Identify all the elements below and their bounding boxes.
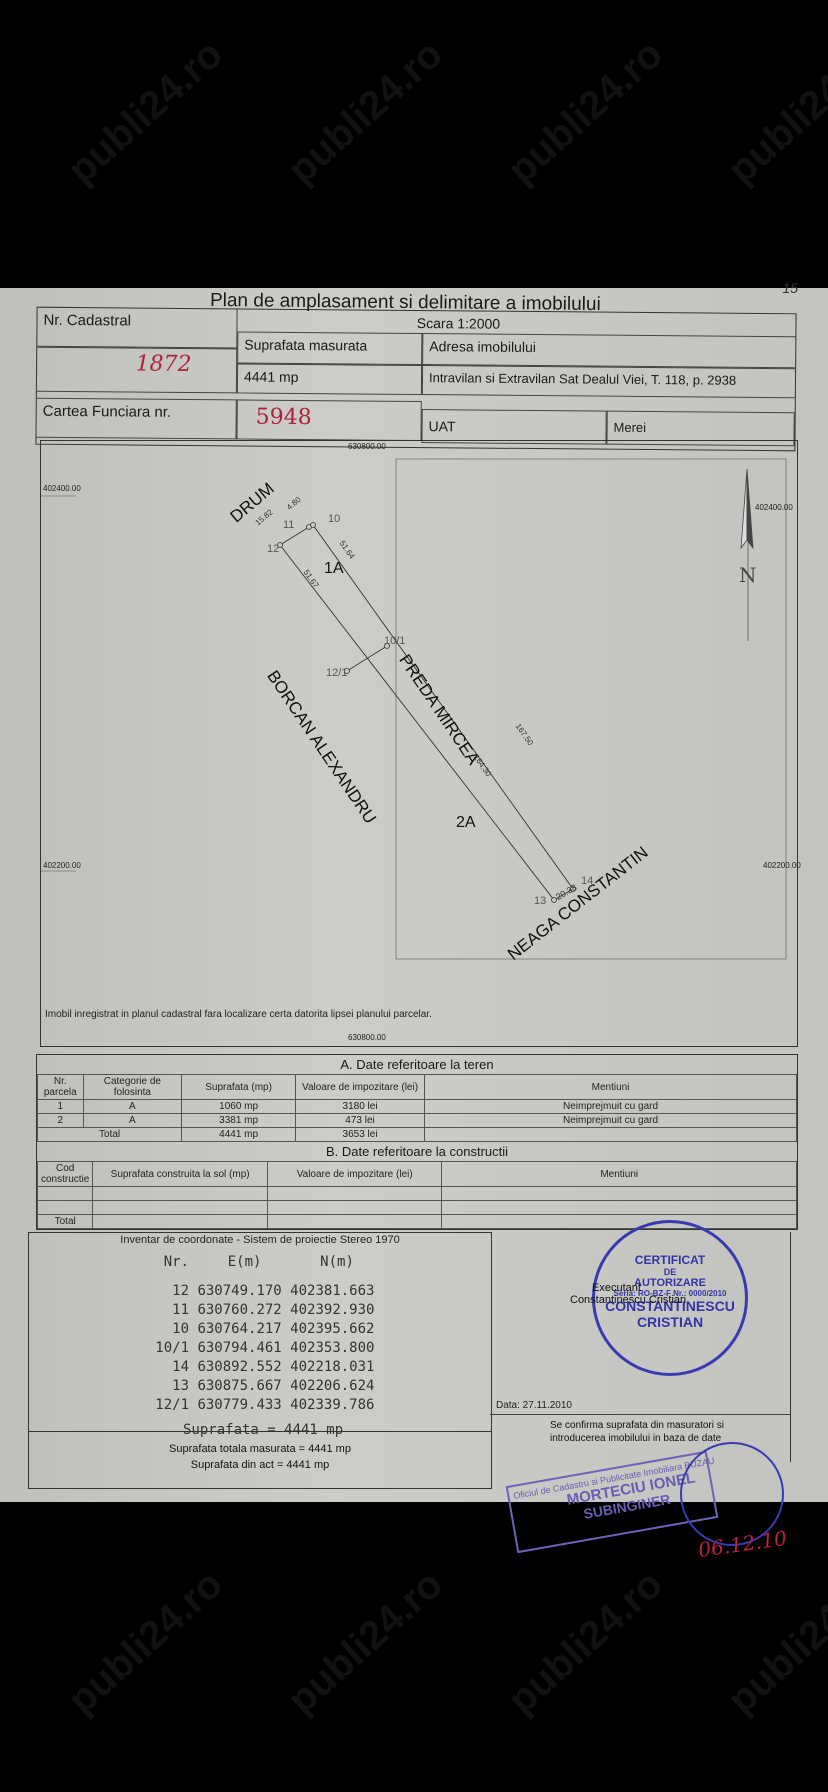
point-13: 13 [534,895,546,907]
total-valoare: 3653 lei [296,1128,425,1142]
cell: A [83,1100,182,1114]
col-mentiuni: Mentiuni [425,1075,797,1100]
header-table: Scara 1:2000 Nr. Cadastral 1872 Suprafat… [35,307,796,452]
executant-label: Executant [592,1282,641,1294]
coordinate-row: 11 630760.272 402392.930 [149,1301,374,1320]
map-drawing [41,441,797,1046]
table-total-row: Total 4441 mp 3653 lei [38,1128,797,1142]
construction-data-table: Cod constructie Suprafata construita la … [37,1161,797,1229]
carte-funciara-value: 5948 [236,399,421,441]
col-suprafata: Suprafata (mp) [182,1075,296,1100]
coordinate-row: 12/1 630779.433 402339.786 [149,1396,374,1415]
coordinate-inventory: Inventar de coordonate - Sistem de proie… [28,1232,492,1489]
map-note: Imobil inregistrat in planul cadastral f… [45,1009,432,1020]
grid-label-left-bottom-y: 402200.00 [43,861,81,870]
col-mentiuni-constr: Mentiuni [442,1162,797,1187]
coordinate-row: 13 630875.667 402206.624 [149,1377,374,1396]
coordinate-list: Nr. E(m) N(m) 12 630749.170 402381.663 1… [149,1253,374,1440]
cell: 3180 lei [296,1100,425,1114]
total-label: Total [38,1215,93,1229]
total-suprafata: 4441 mp [182,1128,296,1142]
col-nr: Nr. [149,1253,189,1272]
total-label: Total [38,1128,182,1142]
watermark: publi24.ro [499,32,671,193]
point-10: 10 [328,513,340,525]
cell: Neimprejmuit cu gard [425,1114,797,1128]
cell: 1 [38,1100,84,1114]
adresa-value: Intravilan si Extravilan Sat Dealul Viei… [422,365,795,398]
watermark: publi24.ro [719,1562,828,1723]
cell: Neimprejmuit cu gard [425,1100,797,1114]
cell: 473 lei [296,1114,425,1128]
grid-label-bottom-x: 630800.00 [348,1033,386,1042]
suprafata-label: Suprafata masurata [237,331,422,365]
point-12-1: 12/1 [326,667,347,679]
grid-label-right-top-y: 402400.00 [755,503,793,512]
table-row: 1 A 1060 mp 3180 lei Neimprejmuit cu gar… [38,1100,797,1114]
section-a-title: A. Date referitoare la teren [37,1055,797,1074]
cadastral-map: 630800.00 630800.00 402400.00 402400.00 … [40,440,798,1047]
col-suprafata-constr: Suprafata construita la sol (mp) [93,1162,268,1187]
page-mark: 15 [782,280,798,296]
executant-name: Constantinescu Cristian [570,1294,686,1306]
col-valoare: Valoare de impozitare (lei) [296,1075,425,1100]
executant-date: Data: 27.11.2010 [496,1400,572,1411]
coordinate-row: 10/1 630794.461 402353.800 [149,1339,374,1358]
watermark: publi24.ro [279,32,451,193]
north-label: N [739,563,757,587]
coordinate-row: 14 630892.552 402218.031 [149,1358,374,1377]
watermark: publi24.ro [719,32,828,193]
nr-cadastral-value: 1872 [37,346,237,394]
grid-label-top-x: 630800.00 [348,442,386,451]
col-cod: Cod constructie [38,1162,93,1187]
coordinate-row: 12 630749.170 402381.663 [149,1282,374,1301]
grid-label-right-bottom-y: 402200.00 [763,861,801,870]
adresa-label: Adresa imobilului [422,333,795,368]
suprafata-value: 4441 mp [237,363,422,395]
watermark: publi24.ro [499,1562,671,1723]
watermark: publi24.ro [59,32,231,193]
land-data-section: A. Date referitoare la teren Nr. parcela… [36,1054,798,1230]
parcel-label-2a: 2A [456,814,476,832]
parcel-label-1a: 1A [324,560,344,578]
point-12: 12 [267,543,279,555]
inventory-title: Inventar de coordonate - Sistem de proie… [29,1233,491,1246]
carte-funciara-label: Cartea Funciara nr. [36,398,236,440]
coordinate-row: 10 630764.217 402395.662 [149,1320,374,1339]
watermark: publi24.ro [59,1562,231,1723]
col-n: N(m) [270,1253,354,1272]
ocpi-confirm-line-1: Se confirma suprafata din masuratori si [550,1420,724,1431]
point-11: 11 [283,519,294,531]
cell: 2 [38,1114,84,1128]
grid-label-left-top-y: 402400.00 [43,484,81,493]
table-row: 2 A 3381 mp 473 lei Neimprejmuit cu gard [38,1114,797,1128]
document-page: Plan de amplasament si delimitare a imob… [0,288,828,1502]
certification-area: CERTIFICAT DE AUTORIZARE Seria: RO-BZ-F … [490,1232,791,1462]
total-measured-area: Suprafata totala masurata = 4441 mp [29,1443,491,1455]
land-data-table: Nr. parcela Categorie de folosinta Supra… [37,1074,797,1142]
point-10-1: 10/1 [384,635,405,647]
col-nr-parcela: Nr. parcela [38,1075,84,1100]
cell: A [83,1114,182,1128]
col-valoare-constr: Valoare de impozitare (lei) [267,1162,442,1187]
ocpi-confirm-line-2: introducerea imobilului in baza de date [550,1433,721,1444]
watermark: publi24.ro [279,1562,451,1723]
col-categorie: Categorie de folosinta [83,1075,182,1100]
act-area: Suprafata din act = 4441 mp [29,1459,491,1471]
nr-cadastral-label: Nr. Cadastral [37,308,237,350]
cell: 1060 mp [182,1100,296,1114]
section-b-title: B. Date referitoare la constructii [37,1142,797,1161]
cell [425,1128,797,1142]
point-14: 14 [581,875,593,887]
cell: 3381 mp [182,1114,296,1128]
col-e: E(m) [197,1253,261,1272]
